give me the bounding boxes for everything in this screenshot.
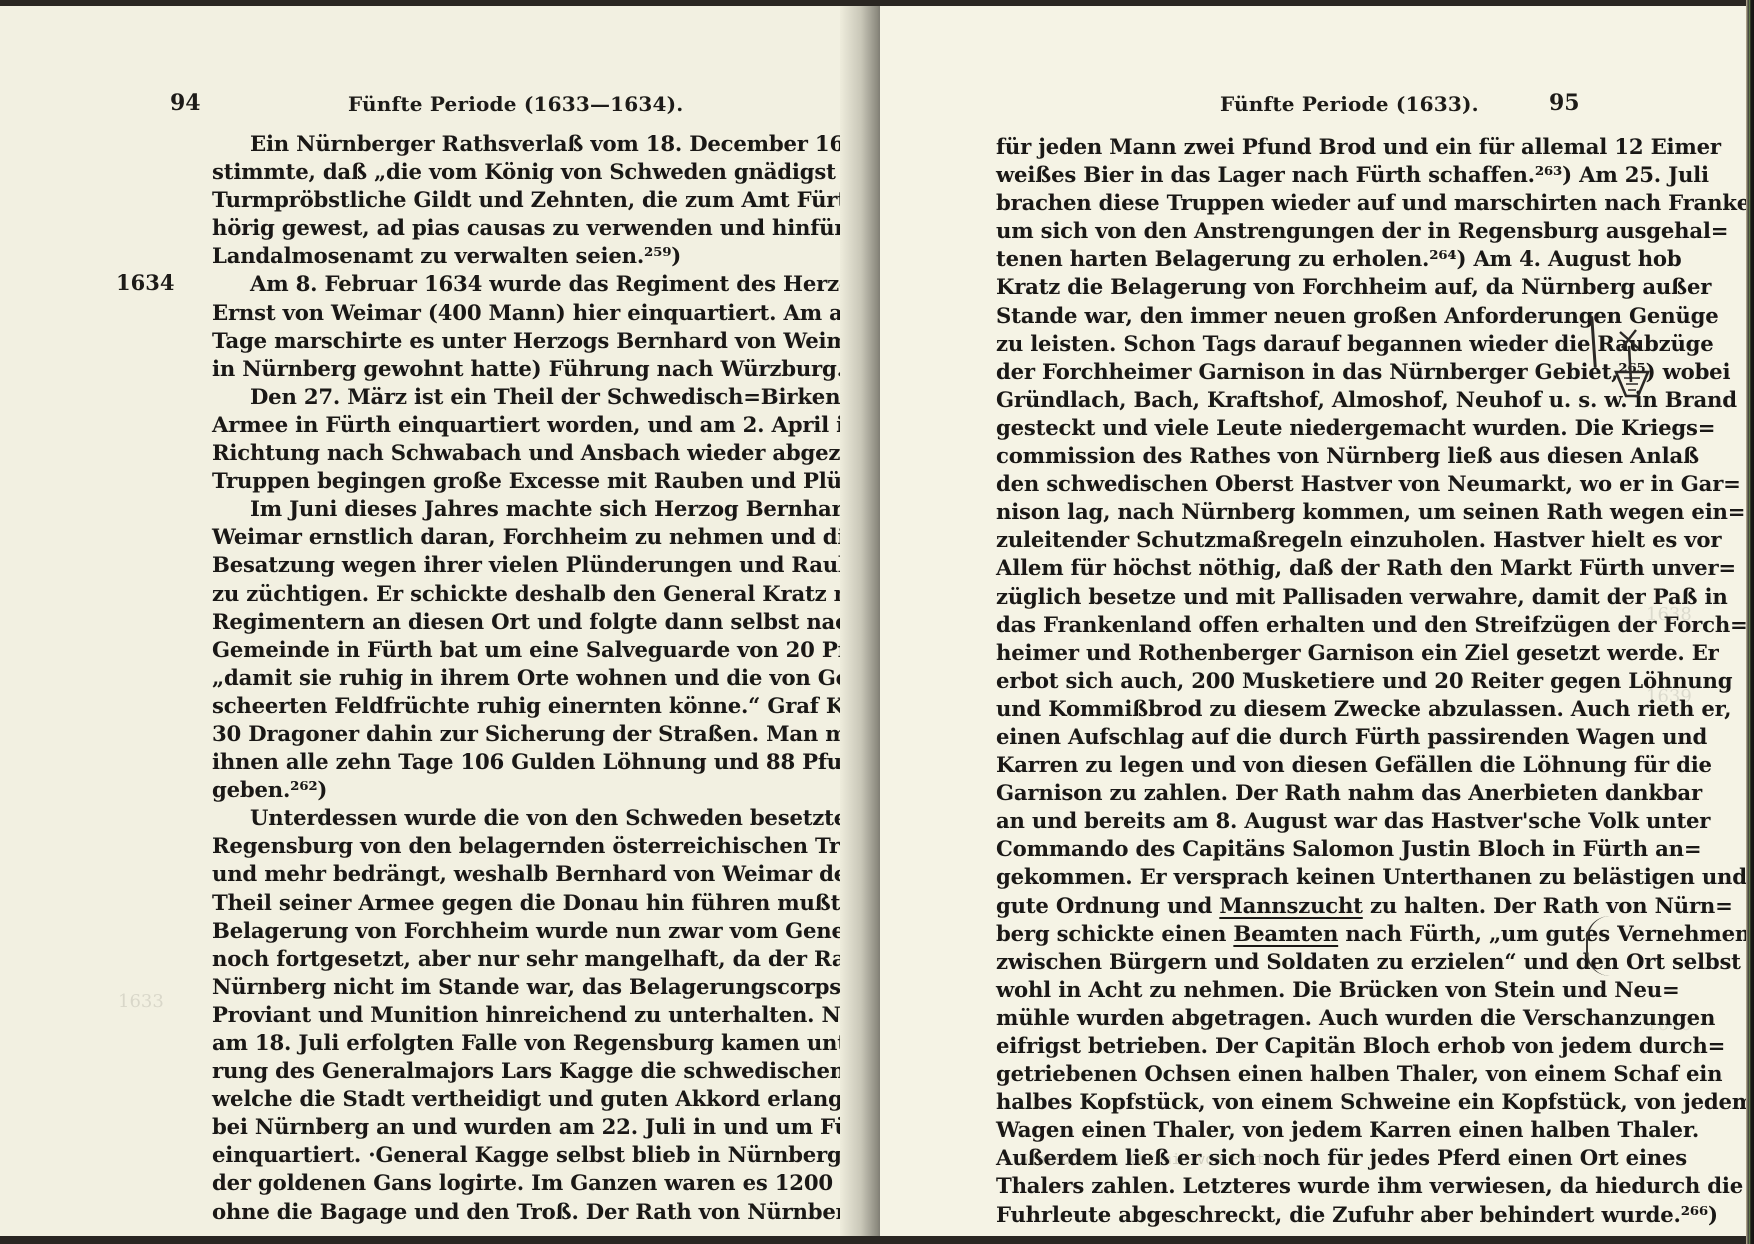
text-line: eifrigst betrieben. Der Capitän Bloch er… <box>996 1032 1536 1060</box>
text-line: Belagerung von Forchheim wurde nun zwar … <box>212 917 758 945</box>
text-line: scheerten Feldfrüchte ruhig einernten kö… <box>212 692 758 720</box>
text-line: Garnison zu zahlen. Der Rath nahm das An… <box>996 779 1536 807</box>
text-line: stimmte, daß „die vom König von Schweden… <box>212 158 758 186</box>
running-head: Fünfte Periode (1633). <box>1220 92 1479 116</box>
text-line: geben.²⁶²) <box>212 776 758 804</box>
text-line: tenen harten Belagerung zu erholen.²⁶⁴) … <box>996 245 1536 273</box>
text-line: weißes Bier in das Lager nach Fürth scha… <box>996 161 1536 189</box>
text-line: „damit sie ruhig in ihrem Orte wohnen un… <box>212 664 758 692</box>
text-line: Ernst von Weimar (400 Mann) hier einquar… <box>212 299 758 327</box>
text-line: Besatzung wegen ihrer vielen Plünderunge… <box>212 551 758 579</box>
text-line: Weimar ernstlich daran, Forchheim zu neh… <box>212 523 758 551</box>
text-line: und Kommißbrod zu diesem Zwecke abzulass… <box>996 695 1536 723</box>
text-line: ohne die Bagage und den Troß. Der Rath v… <box>212 1198 758 1226</box>
text-line: Turmpröbstliche Gildt und Zehnten, die z… <box>212 186 758 214</box>
text-line: am 18. Juli erfolgten Falle von Regensbu… <box>212 1029 758 1057</box>
text-line: Nürnberg nicht im Stande war, das Belage… <box>212 973 758 1001</box>
text-line: Regensburg von den belagernden österreic… <box>212 832 758 860</box>
text-line: halbes Kopfstück, von einem Schweine ein… <box>996 1088 1536 1116</box>
text-line: zuleitender Schutzmaßregeln einzuholen. … <box>996 526 1536 554</box>
text-line: Wagen einen Thaler, von jedem Karren ein… <box>996 1116 1536 1144</box>
text-line: Karren zu legen und von diesen Gefällen … <box>996 751 1536 779</box>
text-line: gute Ordnung und Mannszucht zu halten. D… <box>996 892 1536 920</box>
text-line: Den 27. März ist ein Theil der Schwedisc… <box>212 383 758 411</box>
text-line: erbot sich auch, 200 Musketiere und 20 R… <box>996 667 1536 695</box>
text-line: Stande war, den immer neuen großen Anfor… <box>996 302 1536 330</box>
underlined-word: Mannszucht <box>1219 893 1362 918</box>
text-line: Gemeinde in Fürth bat um eine Salveguard… <box>212 636 758 664</box>
text-line: Kratz die Belagerung von Forchheim auf, … <box>996 273 1536 301</box>
text-line: gesteckt und viele Leute niedergemacht w… <box>996 414 1536 442</box>
text-line: Allem für höchst nöthig, daß der Rath de… <box>996 554 1536 582</box>
text-line: hörig gewest, ad pias causas zu verwende… <box>212 214 758 242</box>
text-line: der goldenen Gans logirte. Im Ganzen war… <box>212 1169 758 1197</box>
text-line: gekommen. Er versprach keinen Unterthane… <box>996 863 1536 891</box>
text-line: Truppen begingen große Excesse mit Raube… <box>212 467 758 495</box>
margin-year-note: 1634 <box>116 270 174 295</box>
left-page-body: Ein Nürnberger Rathsverlaß vom 18. Decem… <box>212 130 758 1226</box>
text-line: brachen diese Truppen wieder auf und mar… <box>996 189 1536 217</box>
text-line: 30 Dragoner dahin zur Sicherung der Stra… <box>212 720 758 748</box>
handwritten-cross-arrow-icon <box>1612 326 1652 406</box>
text-line: Tage marschirte es unter Herzogs Bernhar… <box>212 327 758 355</box>
text-line: Richtung nach Schwabach und Ansbach wied… <box>212 439 758 467</box>
text-line: zu leisten. Schon Tags darauf begannen w… <box>996 330 1536 358</box>
text-line: einen Aufschlag auf die durch Fürth pass… <box>996 723 1536 751</box>
text-line: um sich von den Anstrengungen der in Reg… <box>996 217 1536 245</box>
bleed-through-year: 1633 <box>118 991 164 1012</box>
text-line: Theil seiner Armee gegen die Donau hin f… <box>212 889 758 917</box>
book-spread: 94 Fünfte Periode (1633—1634). 1634 1633… <box>0 6 1748 1236</box>
text-line: Fuhrleute abgeschreckt, die Zufuhr aber … <box>996 1201 1536 1229</box>
running-head: Fünfte Periode (1633—1634). <box>348 92 683 116</box>
text-line: an und bereits am 8. August war das Hast… <box>996 807 1536 835</box>
text-line: commission des Rathes von Nürnberg ließ … <box>996 442 1536 470</box>
text-line: Proviant und Munition hinreichend zu unt… <box>212 1001 758 1029</box>
text-line: bei Nürnberg an und wurden am 22. Juli i… <box>212 1113 758 1141</box>
underlined-word: Beamten <box>1233 921 1338 946</box>
text-line: Im Juni dieses Jahres machte sich Herzog… <box>212 495 758 523</box>
text-line: Armee in Fürth einquartiert worden, und … <box>212 411 758 439</box>
text-line: rung des Generalmajors Lars Kagge die sc… <box>212 1057 758 1085</box>
text-line: Landalmosenamt zu verwalten seien.²⁵⁹) <box>212 242 758 270</box>
text-line: den schwedischen Oberst Hastver von Neum… <box>996 470 1536 498</box>
left-page: 94 Fünfte Periode (1633—1634). 1634 1633… <box>0 6 870 1236</box>
text-line: Gründlach, Bach, Kraftshof, Almoshof, Ne… <box>996 386 1536 414</box>
text-line: ihnen alle zehn Tage 106 Gulden Löhnung … <box>212 748 758 776</box>
text-line: wohl in Acht zu nehmen. Die Brücken von … <box>996 976 1536 1004</box>
page-number: 94 <box>170 90 201 116</box>
text-line: das Frankenland offen erhalten und den S… <box>996 611 1536 639</box>
text-line: nison lag, nach Nürnberg kommen, um sein… <box>996 498 1536 526</box>
text-line: Commando des Capitäns Salomon Justin Blo… <box>996 835 1536 863</box>
text-line: Thalers zahlen. Letzteres wurde ihm verw… <box>996 1172 1536 1200</box>
text-line: der Forchheimer Garnison in das Nürnberg… <box>996 358 1536 386</box>
text-line: Unterdessen wurde die von den Schweden b… <box>212 804 758 832</box>
page-number: 95 <box>1549 90 1580 116</box>
right-page-body: für jeden Mann zwei Pfund Brod und ein f… <box>996 133 1536 1229</box>
text-line: züglich besetze und mit Pallisaden verwa… <box>996 583 1536 611</box>
text-line: Am 8. Februar 1634 wurde das Regiment de… <box>212 270 758 298</box>
text-line: für jeden Mann zwei Pfund Brod und ein f… <box>996 133 1536 161</box>
text-line: Ein Nürnberger Rathsverlaß vom 18. Decem… <box>212 130 758 158</box>
text-line: berg schickte einen Beamten nach Fürth, … <box>996 920 1536 948</box>
text-line: getriebenen Ochsen einen halben Thaler, … <box>996 1060 1536 1088</box>
text-line: und mehr bedrängt, weshalb Bernhard von … <box>212 860 758 888</box>
text-line: welche die Stadt vertheidigt und guten A… <box>212 1085 758 1113</box>
text-line: Außerdem ließ er sich noch für jedes Pfe… <box>996 1144 1536 1172</box>
text-line: Regimentern an diesen Ort und folgte dan… <box>212 608 758 636</box>
text-line: noch fortgesetzt, aber nur sehr mangelha… <box>212 945 758 973</box>
right-page: Fünfte Periode (1633). 95 1638 1639 1640… <box>880 6 1748 1236</box>
book-edge <box>1746 0 1754 1244</box>
text-line: heimer und Rothenberger Garnison ein Zie… <box>996 639 1536 667</box>
text-line: einquartiert. ·General Kagge selbst blie… <box>212 1141 758 1169</box>
text-line: zwischen Bürgern und Soldaten zu erziele… <box>996 948 1536 976</box>
text-line: in Nürnberg gewohnt hatte) Führung nach … <box>212 355 758 383</box>
text-line: zu züchtigen. Er schickte deshalb den Ge… <box>212 580 758 608</box>
text-line: mühle wurden abgetragen. Auch wurden die… <box>996 1004 1536 1032</box>
